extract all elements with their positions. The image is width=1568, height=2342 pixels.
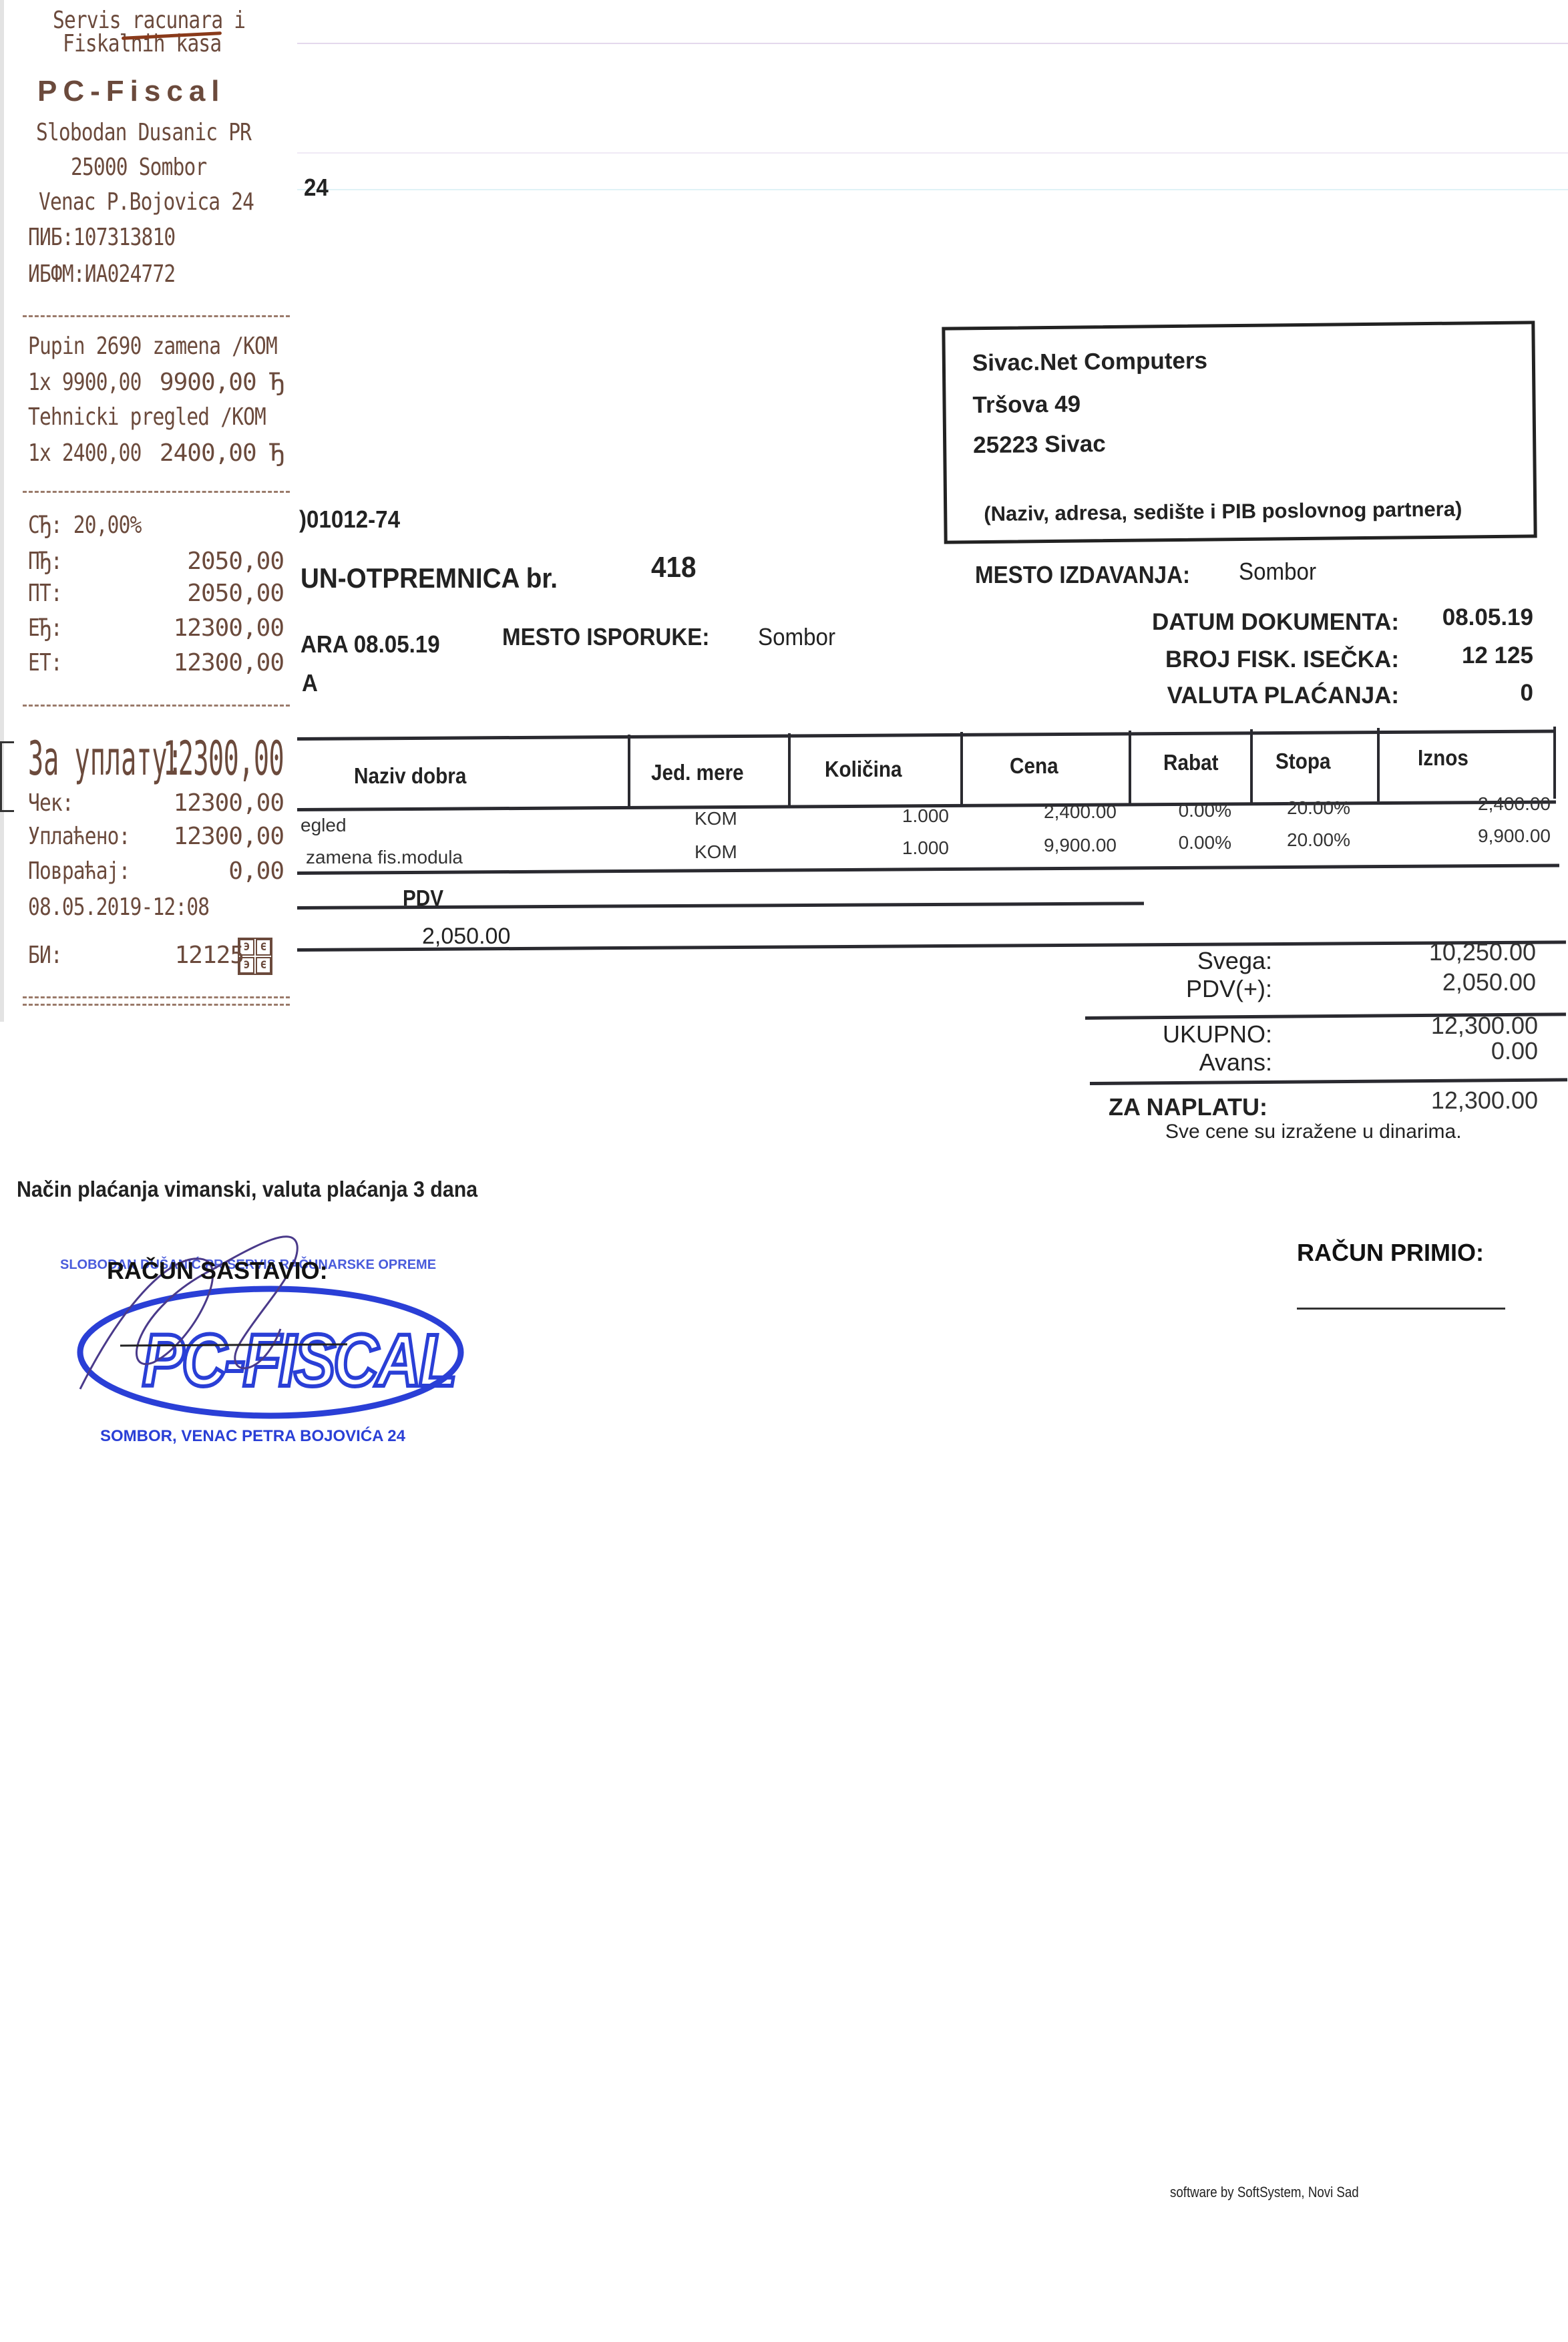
to-pay-value: 12,300.00 <box>1431 1087 1538 1115</box>
table-column-divider <box>1553 727 1556 799</box>
partner-box-caption: (Naziv, adresa, sedište i PIB poslovnog … <box>984 498 1462 526</box>
to-pay-label: ZA NAPLATU: <box>1109 1093 1267 1121</box>
receipt-to-pay-label: За уплату: <box>28 731 183 786</box>
document-number: 418 <box>651 551 697 584</box>
total-value-grand: 12,300.00 <box>1431 1012 1538 1040</box>
receipt-divider <box>23 996 290 998</box>
receipt-summary-label: ПТ: <box>28 580 62 607</box>
hidden-box-edge <box>0 741 14 812</box>
partner-city: 25223 Sivac <box>973 431 1106 459</box>
receipt-summary-label: ЕЂ: <box>28 614 62 642</box>
receipt-summary-label: ЕТ: <box>28 649 62 676</box>
cell-price: 9,900.00 <box>1044 835 1117 856</box>
date-partial: ARA 08.05.19 <box>301 630 440 658</box>
fiscal-logo-icon: Э Є Э Є <box>238 938 272 975</box>
meta-label-date: DATUM DOKUMENTA: <box>1152 609 1399 636</box>
column-header-name: Naziv dobra <box>354 763 466 789</box>
receipt-item-name: Pupin 2690 zamena /КОМ <box>28 333 277 360</box>
cell-discount: 0.00% <box>1179 800 1231 821</box>
table-column-divider <box>788 733 791 807</box>
receipt-item-total: 2400,00 Ђ <box>160 439 284 467</box>
receipt-item-qty-price: 1x 2400,00 <box>28 439 142 467</box>
column-header-rate: Stopa <box>1276 749 1331 774</box>
stamp-logo-text: PC-FISCAL <box>142 1320 455 1402</box>
receipt-pib: ПИБ:107313810 <box>28 224 175 251</box>
cell-name: egled <box>301 815 347 836</box>
receipt-summary-value: 12300,00 <box>174 614 284 642</box>
receipt-payment-value: 0,00 <box>228 857 284 885</box>
totals-divider <box>1090 1078 1567 1085</box>
receipt-datetime: 08.05.2019-12:08 <box>28 894 209 921</box>
account-number-partial: )01012-74 <box>299 506 400 534</box>
total-label-vat: PDV(+): <box>1186 975 1272 1003</box>
receipt-summary-label: ПЂ: <box>28 548 62 575</box>
cell-price: 2,400.00 <box>1044 801 1117 823</box>
cell-qty: 1.000 <box>902 837 949 859</box>
cell-name: zamena fis.modula <box>306 847 463 868</box>
received-by-label: RAČUN PRIMIO: <box>1297 1239 1484 1267</box>
document-title: UN-OTPREMNICA br. <box>301 562 558 594</box>
table-column-divider <box>1250 729 1253 803</box>
receipt-summary-value: 12300,00 <box>174 649 284 676</box>
receipt-city: 25000 Sombor <box>71 154 206 181</box>
meta-value-payment-term: 0 <box>1521 680 1533 707</box>
receipt-payment-label: Повраћај: <box>28 857 130 885</box>
cell-amount: 9,900.00 <box>1478 825 1551 847</box>
receipt-item-name: Tehnicki pregled /КОМ <box>28 403 266 431</box>
partial-line: A <box>302 669 318 697</box>
receipt-ibfm: ИБФМ:ИА024772 <box>28 260 175 288</box>
fiscal-logo-glyph: Є <box>256 957 271 974</box>
meta-label-payment-term: VALUTA PLAĆANJA: <box>1167 682 1399 709</box>
table-column-divider <box>628 735 630 808</box>
column-header-price: Cena <box>1010 753 1058 779</box>
receipt-owner: Slobodan Dusanic PR <box>36 119 251 146</box>
cell-qty: 1.000 <box>902 805 949 827</box>
received-by-signature-line <box>1297 1308 1505 1310</box>
total-value-subtotal: 10,250.00 <box>1429 938 1536 966</box>
total-value-advance: 0.00 <box>1491 1037 1538 1065</box>
table-border <box>297 729 1556 741</box>
total-label-subtotal: Svega: <box>1197 947 1272 975</box>
column-header-quantity: Količina <box>825 757 902 782</box>
cell-discount: 0.00% <box>1179 832 1231 853</box>
fiscal-receipt: Servis racunara i Fiskalnih kasa PC-Fisc… <box>0 0 297 1022</box>
issue-place-value: Sombor <box>1239 558 1316 586</box>
cell-rate: 20.00% <box>1287 829 1350 851</box>
receipt-item-total: 9900,00 Ђ <box>160 369 284 396</box>
receipt-item-qty-price: 1x 9900,00 <box>28 369 142 396</box>
fiscal-logo-glyph: Є <box>256 939 271 956</box>
receipt-brand: PC-Fiscal <box>37 75 226 108</box>
table-column-divider <box>960 732 963 805</box>
meta-value-fiscal-receipt: 12 125 <box>1462 642 1533 669</box>
cell-unit: KOM <box>695 808 737 829</box>
payment-terms: Način plaćanja vimanski, valuta plaćanja… <box>17 1177 477 1202</box>
cell-unit: KOM <box>695 841 737 863</box>
total-label-grand: UKUPNO: <box>1163 1020 1272 1048</box>
receipt-divider <box>23 491 290 493</box>
receipt-payment-label: Чек: <box>28 789 73 817</box>
receipt-address: Venac P.Bojovica 24 <box>39 188 254 216</box>
invoice-partial-number: 24 <box>304 174 329 202</box>
receipt-payment-value: 12300,00 <box>174 823 284 850</box>
software-credit: software by SoftSystem, Novi Sad <box>1170 2184 1359 2201</box>
partner-street: Tršova 49 <box>972 391 1081 419</box>
receipt-bi-value: 12125 <box>175 942 244 969</box>
total-label-advance: Avans: <box>1199 1048 1272 1077</box>
receipt-payment-value: 12300,00 <box>174 789 284 817</box>
receipt-payment-label: Уплаћено: <box>28 823 130 850</box>
table-border <box>297 863 1559 875</box>
issue-place-label: MESTO IZDAVANJA: <box>975 561 1190 589</box>
receipt-summary-value: 2050,00 <box>187 580 284 607</box>
total-value-vat: 2,050.00 <box>1442 968 1536 996</box>
meta-label-fiscal-receipt: BROJ FISK. ISEČKA: <box>1165 646 1399 673</box>
delivery-place-label: MESTO ISPORUKE: <box>502 623 709 651</box>
delivery-place-value: Sombor <box>758 623 835 651</box>
signature-line <box>120 1344 347 1346</box>
cell-rate: 20.00% <box>1287 797 1350 819</box>
column-header-amount: Iznos <box>1418 745 1468 771</box>
table-column-divider <box>1129 731 1131 804</box>
column-header-discount: Rabat <box>1163 750 1219 775</box>
partner-name: Sivac.Net Computers <box>972 347 1207 377</box>
receipt-tax-rate: СЂ: 20,00% <box>28 512 142 539</box>
vat-block-value: 2,050.00 <box>422 924 510 950</box>
partner-box: Sivac.Net Computers Tršova 49 25223 Siva… <box>942 321 1537 544</box>
receipt-divider <box>23 1004 290 1006</box>
cell-amount: 2,400.00 <box>1478 793 1551 815</box>
receipt-to-pay-value: 12300,00 <box>163 731 284 786</box>
stamp-bottom-text: SOMBOR, VENAC PETRA BOJOVIĆA 24 <box>100 1426 406 1445</box>
currency-note: Sve cene su izražene u dinarima. <box>1165 1121 1462 1143</box>
column-header-unit: Jed. mere <box>651 760 744 785</box>
fiscal-logo-glyph: Э <box>239 957 254 974</box>
table-column-divider <box>1377 728 1380 801</box>
receipt-bi-label: БИ: <box>28 942 62 969</box>
receipt-divider <box>23 705 290 707</box>
receipt-summary-value: 2050,00 <box>187 548 284 575</box>
fiscal-logo-glyph: Э <box>239 939 254 956</box>
issued-by-label: RAČUN SASTAVIO: <box>107 1257 328 1285</box>
meta-value-date: 08.05.19 <box>1442 604 1533 631</box>
receipt-divider <box>23 315 290 317</box>
